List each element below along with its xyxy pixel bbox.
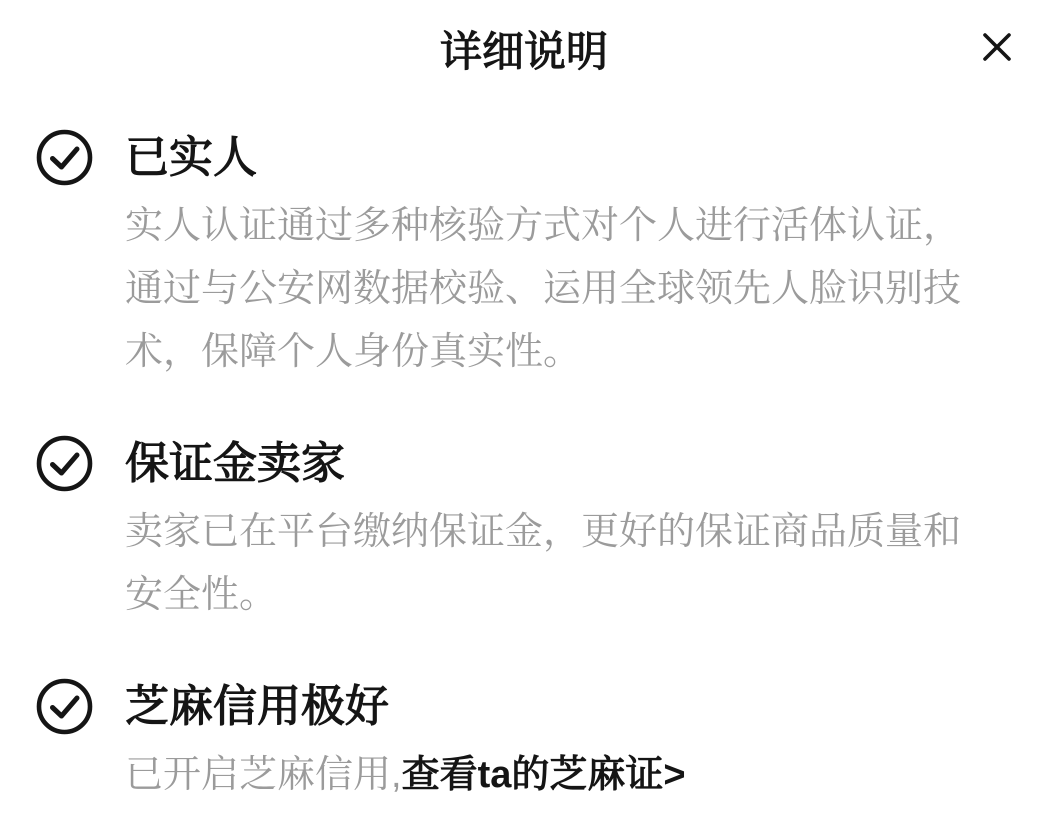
check-circle-icon [36, 435, 93, 492]
zhima-status-text: 已开启芝麻信用, [125, 754, 402, 796]
section-title: 已实人 [125, 129, 1012, 187]
view-zhima-cert-link[interactable]: 查看ta的芝麻证> [402, 754, 686, 796]
dialog-title: 详细说明 [0, 0, 1048, 77]
check-circle-icon [36, 678, 93, 735]
section-real-person-verified: 已实人 实人认证通过多种核验方式对个人进行活体认证，通过与公安网数据校验、运用全… [36, 129, 1012, 384]
section-description: 已开启芝麻信用,查看ta的芝麻证> [125, 744, 973, 807]
close-button[interactable] [976, 26, 1018, 68]
section-content: 保证金卖家 卖家已在平台缴纳保证金，更好的保证商品质量和安全性。 [125, 435, 1012, 627]
close-icon [981, 31, 1013, 63]
section-description: 实人认证通过多种核验方式对个人进行活体认证，通过与公安网数据校验、运用全球领先人… [125, 195, 973, 384]
dialog-header: 详细说明 [0, 0, 1048, 78]
section-content: 已实人 实人认证通过多种核验方式对个人进行活体认证，通过与公安网数据校验、运用全… [125, 129, 1012, 384]
sections-list: 已实人 实人认证通过多种核验方式对个人进行活体认证，通过与公安网数据校验、运用全… [0, 129, 1048, 807]
detail-explanation-dialog: 详细说明 已实人 实人认证通过多种核验方式对个人进行活体认证，通过与公安网数据校… [0, 0, 1048, 817]
section-description: 卖家已在平台缴纳保证金，更好的保证商品质量和安全性。 [125, 501, 973, 627]
section-title: 保证金卖家 [125, 435, 1012, 493]
check-circle-icon [36, 129, 93, 186]
section-title: 芝麻信用极好 [125, 678, 1012, 736]
section-content: 芝麻信用极好 已开启芝麻信用,查看ta的芝麻证> [125, 678, 1012, 807]
section-deposit-seller: 保证金卖家 卖家已在平台缴纳保证金，更好的保证商品质量和安全性。 [36, 435, 1012, 627]
section-zhima-credit: 芝麻信用极好 已开启芝麻信用,查看ta的芝麻证> [36, 678, 1012, 807]
